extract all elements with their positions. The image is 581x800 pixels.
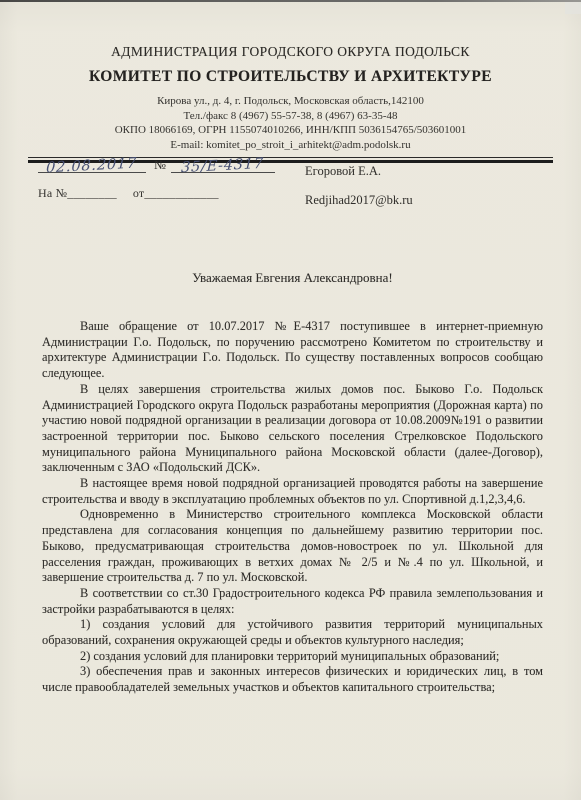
list-item: 3) обеспечения прав и законных интересов… xyxy=(42,664,543,695)
outgoing-date-field: 02.08.2017 xyxy=(38,156,146,173)
outgoing-number-field: 35/Е-4317 xyxy=(171,156,275,173)
committee-name: КОМИТЕТ ПО СТРОИТЕЛЬСТВУ И АРХИТЕКТУРЕ xyxy=(0,68,581,86)
handwritten-date: 02.08.2017 xyxy=(46,156,138,177)
list-item: 1) создания условий для устойчивого разв… xyxy=(42,617,543,648)
addressee-block: Егоровой Е.А. Redjihad2017@bk.ru xyxy=(305,164,413,208)
incoming-reference-row: На №________от____________ xyxy=(38,186,288,201)
handwritten-number: 35/Е-4317 xyxy=(181,156,265,176)
outgoing-reference-row: 02.08.2017№35/Е-4317 xyxy=(38,156,288,173)
paragraph: Ваше обращение от 10.07.2017 №Е-4317 пос… xyxy=(42,319,543,382)
addressee-email: Redjihad2017@bk.ru xyxy=(305,193,413,208)
org-name: АДМИНИСТРАЦИЯ ГОРОДСКОГО ОКРУГА ПОДОЛЬСК xyxy=(0,44,581,60)
paragraph: Одновременно в Министерство строительног… xyxy=(42,507,543,586)
letterhead-contacts: Кирова ул., д. 4, г. Подольск, Московска… xyxy=(0,94,581,152)
scanned-letter-page: АДМИНИСТРАЦИЯ ГОРОДСКОГО ОКРУГА ПОДОЛЬСК… xyxy=(0,0,581,800)
reference-block: 02.08.2017№35/Е-4317 На №________от_____… xyxy=(38,156,288,201)
paragraph: В целях завершения строительства жилых д… xyxy=(42,382,543,476)
org-codes: ОКПО 18066169, ОГРН 1155074010266, ИНН/К… xyxy=(0,123,581,138)
org-email: E-mail: komitet_po_stroit_i_arhitekt@adm… xyxy=(0,138,581,153)
incoming-date-label: от____________ xyxy=(133,186,219,200)
org-address: Кирова ул., д. 4, г. Подольск, Московска… xyxy=(0,94,581,109)
list-item: 2) создания условий для планировки терри… xyxy=(42,649,543,665)
letter-body: Ваше обращение от 10.07.2017 №Е-4317 пос… xyxy=(42,319,543,696)
letterhead: АДМИНИСТРАЦИЯ ГОРОДСКОГО ОКРУГА ПОДОЛЬСК… xyxy=(0,0,581,163)
salutation: Уважаемая Евгения Александровна! xyxy=(42,270,543,286)
paragraph: В соответствии со ст.30 Градостроительно… xyxy=(42,586,543,617)
incoming-number-label: На №________ xyxy=(38,186,117,200)
paragraph: В настоящее время новой подрядной органи… xyxy=(42,476,543,507)
addressee-name: Егоровой Е.А. xyxy=(305,164,413,179)
number-sign: № xyxy=(154,158,166,173)
org-phone: Тел./факс 8 (4967) 55-57-38, 8 (4967) 63… xyxy=(0,109,581,124)
